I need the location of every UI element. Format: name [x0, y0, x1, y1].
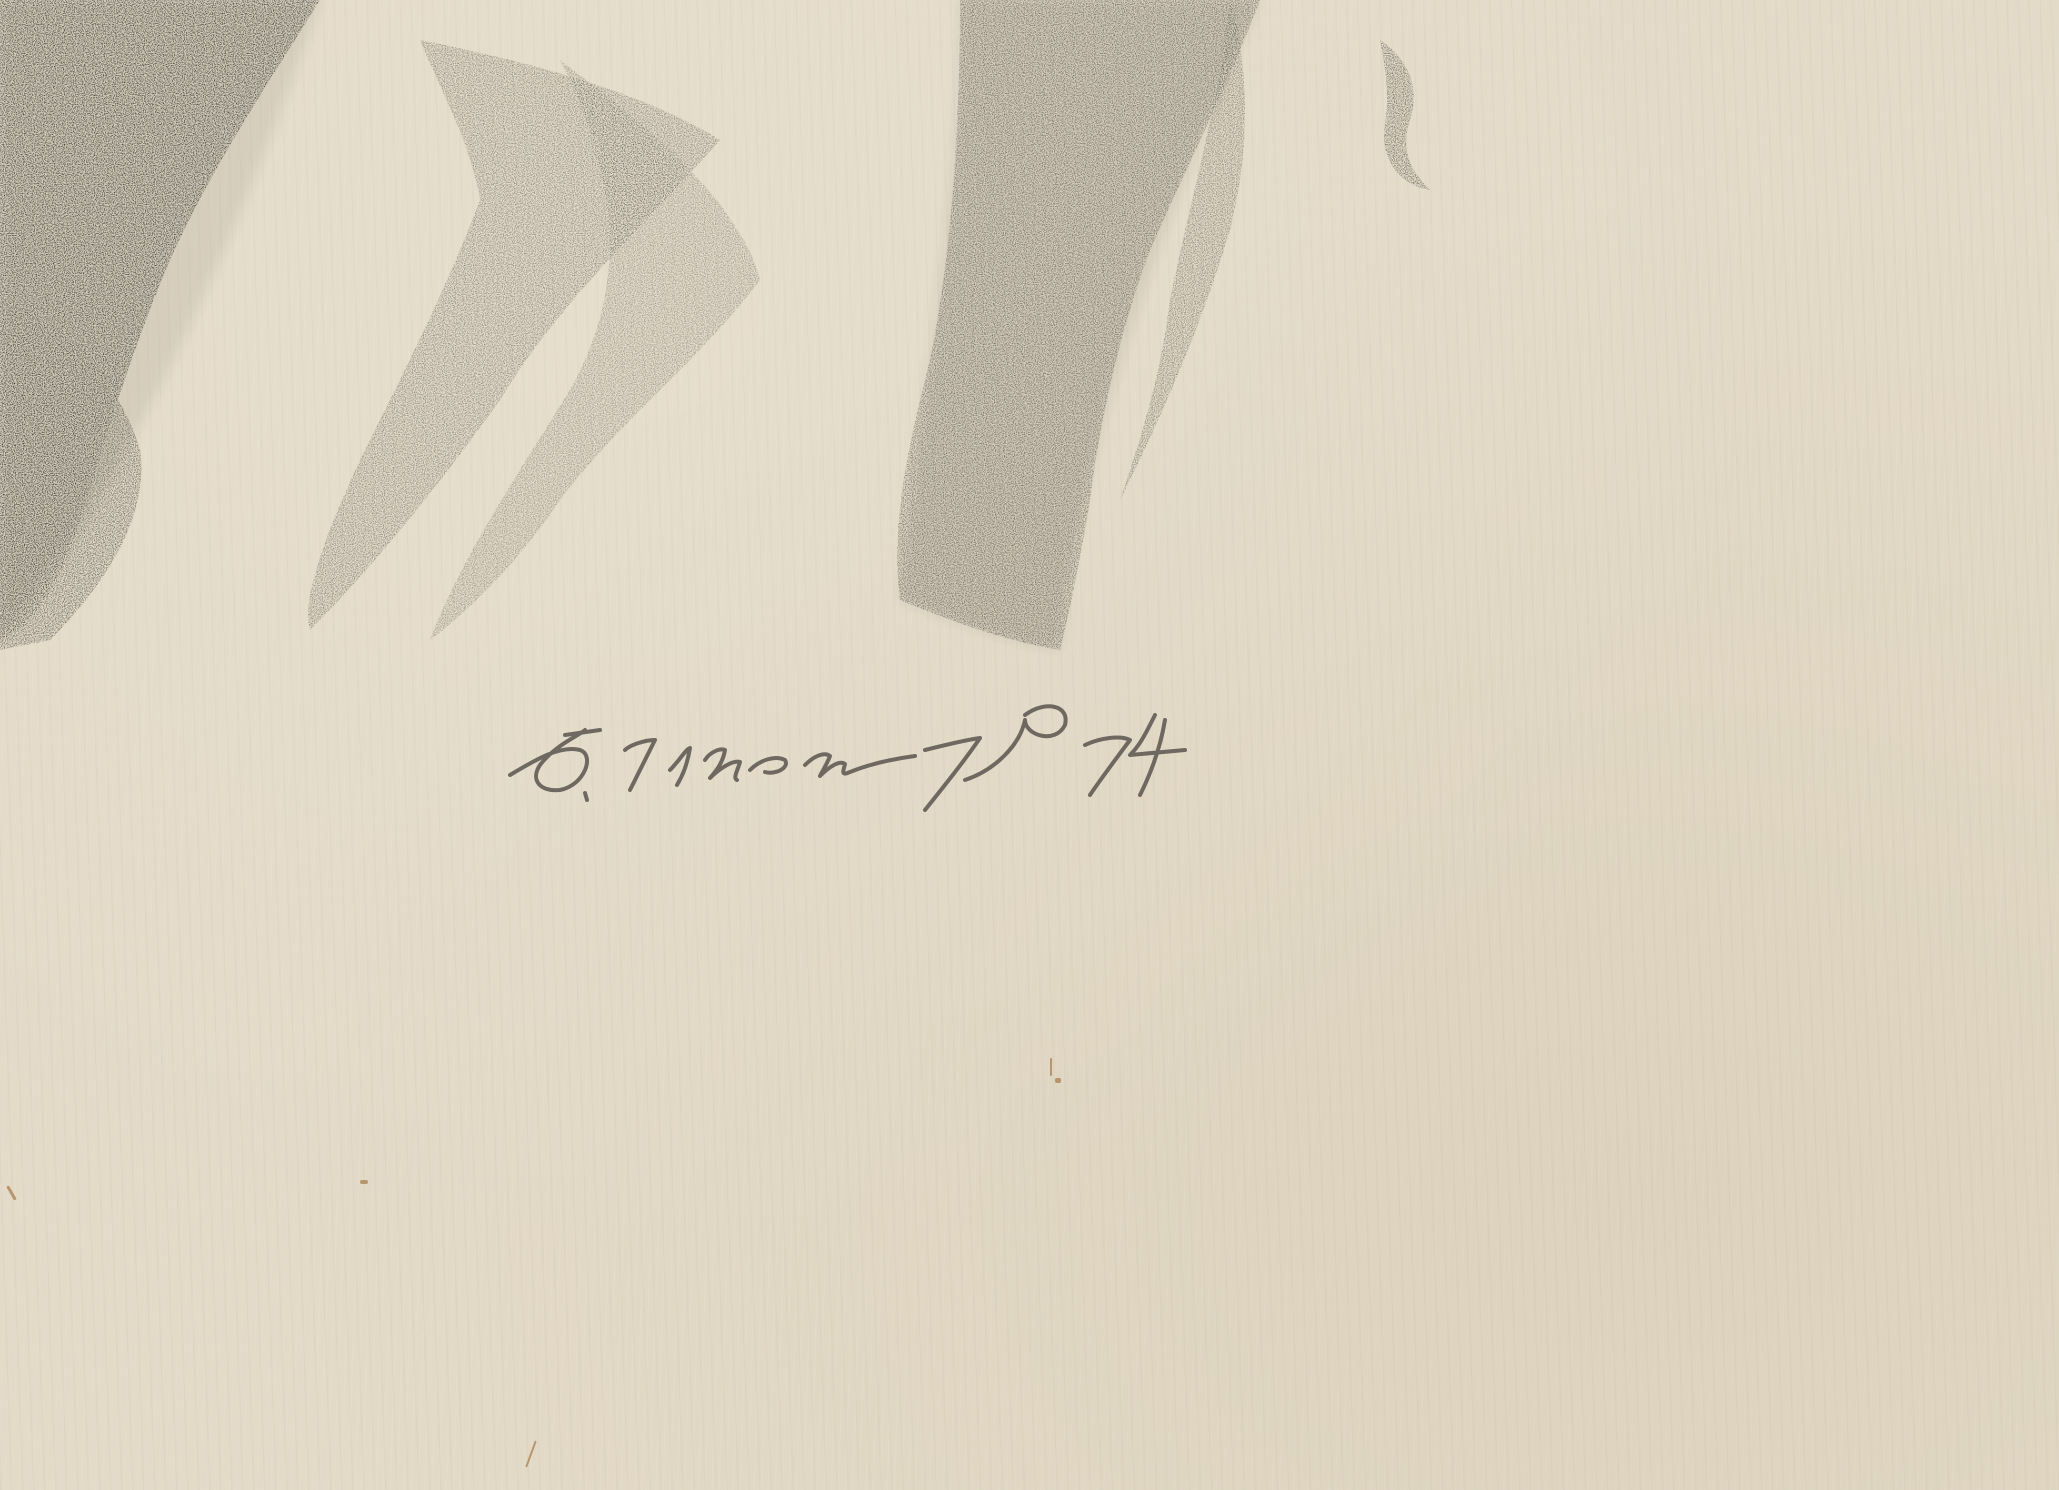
paper-fiber-speck	[360, 1180, 368, 1184]
signature-strokes	[505, 690, 1605, 820]
paper-fiber-speck	[1050, 1058, 1052, 1076]
artist-signature: J. Moore 1974	[505, 690, 1605, 820]
stroke-small-right	[1380, 40, 1430, 190]
artwork-photo: J. Moore 1974	[0, 0, 2059, 1490]
paper-fiber-speck	[1055, 1078, 1061, 1083]
